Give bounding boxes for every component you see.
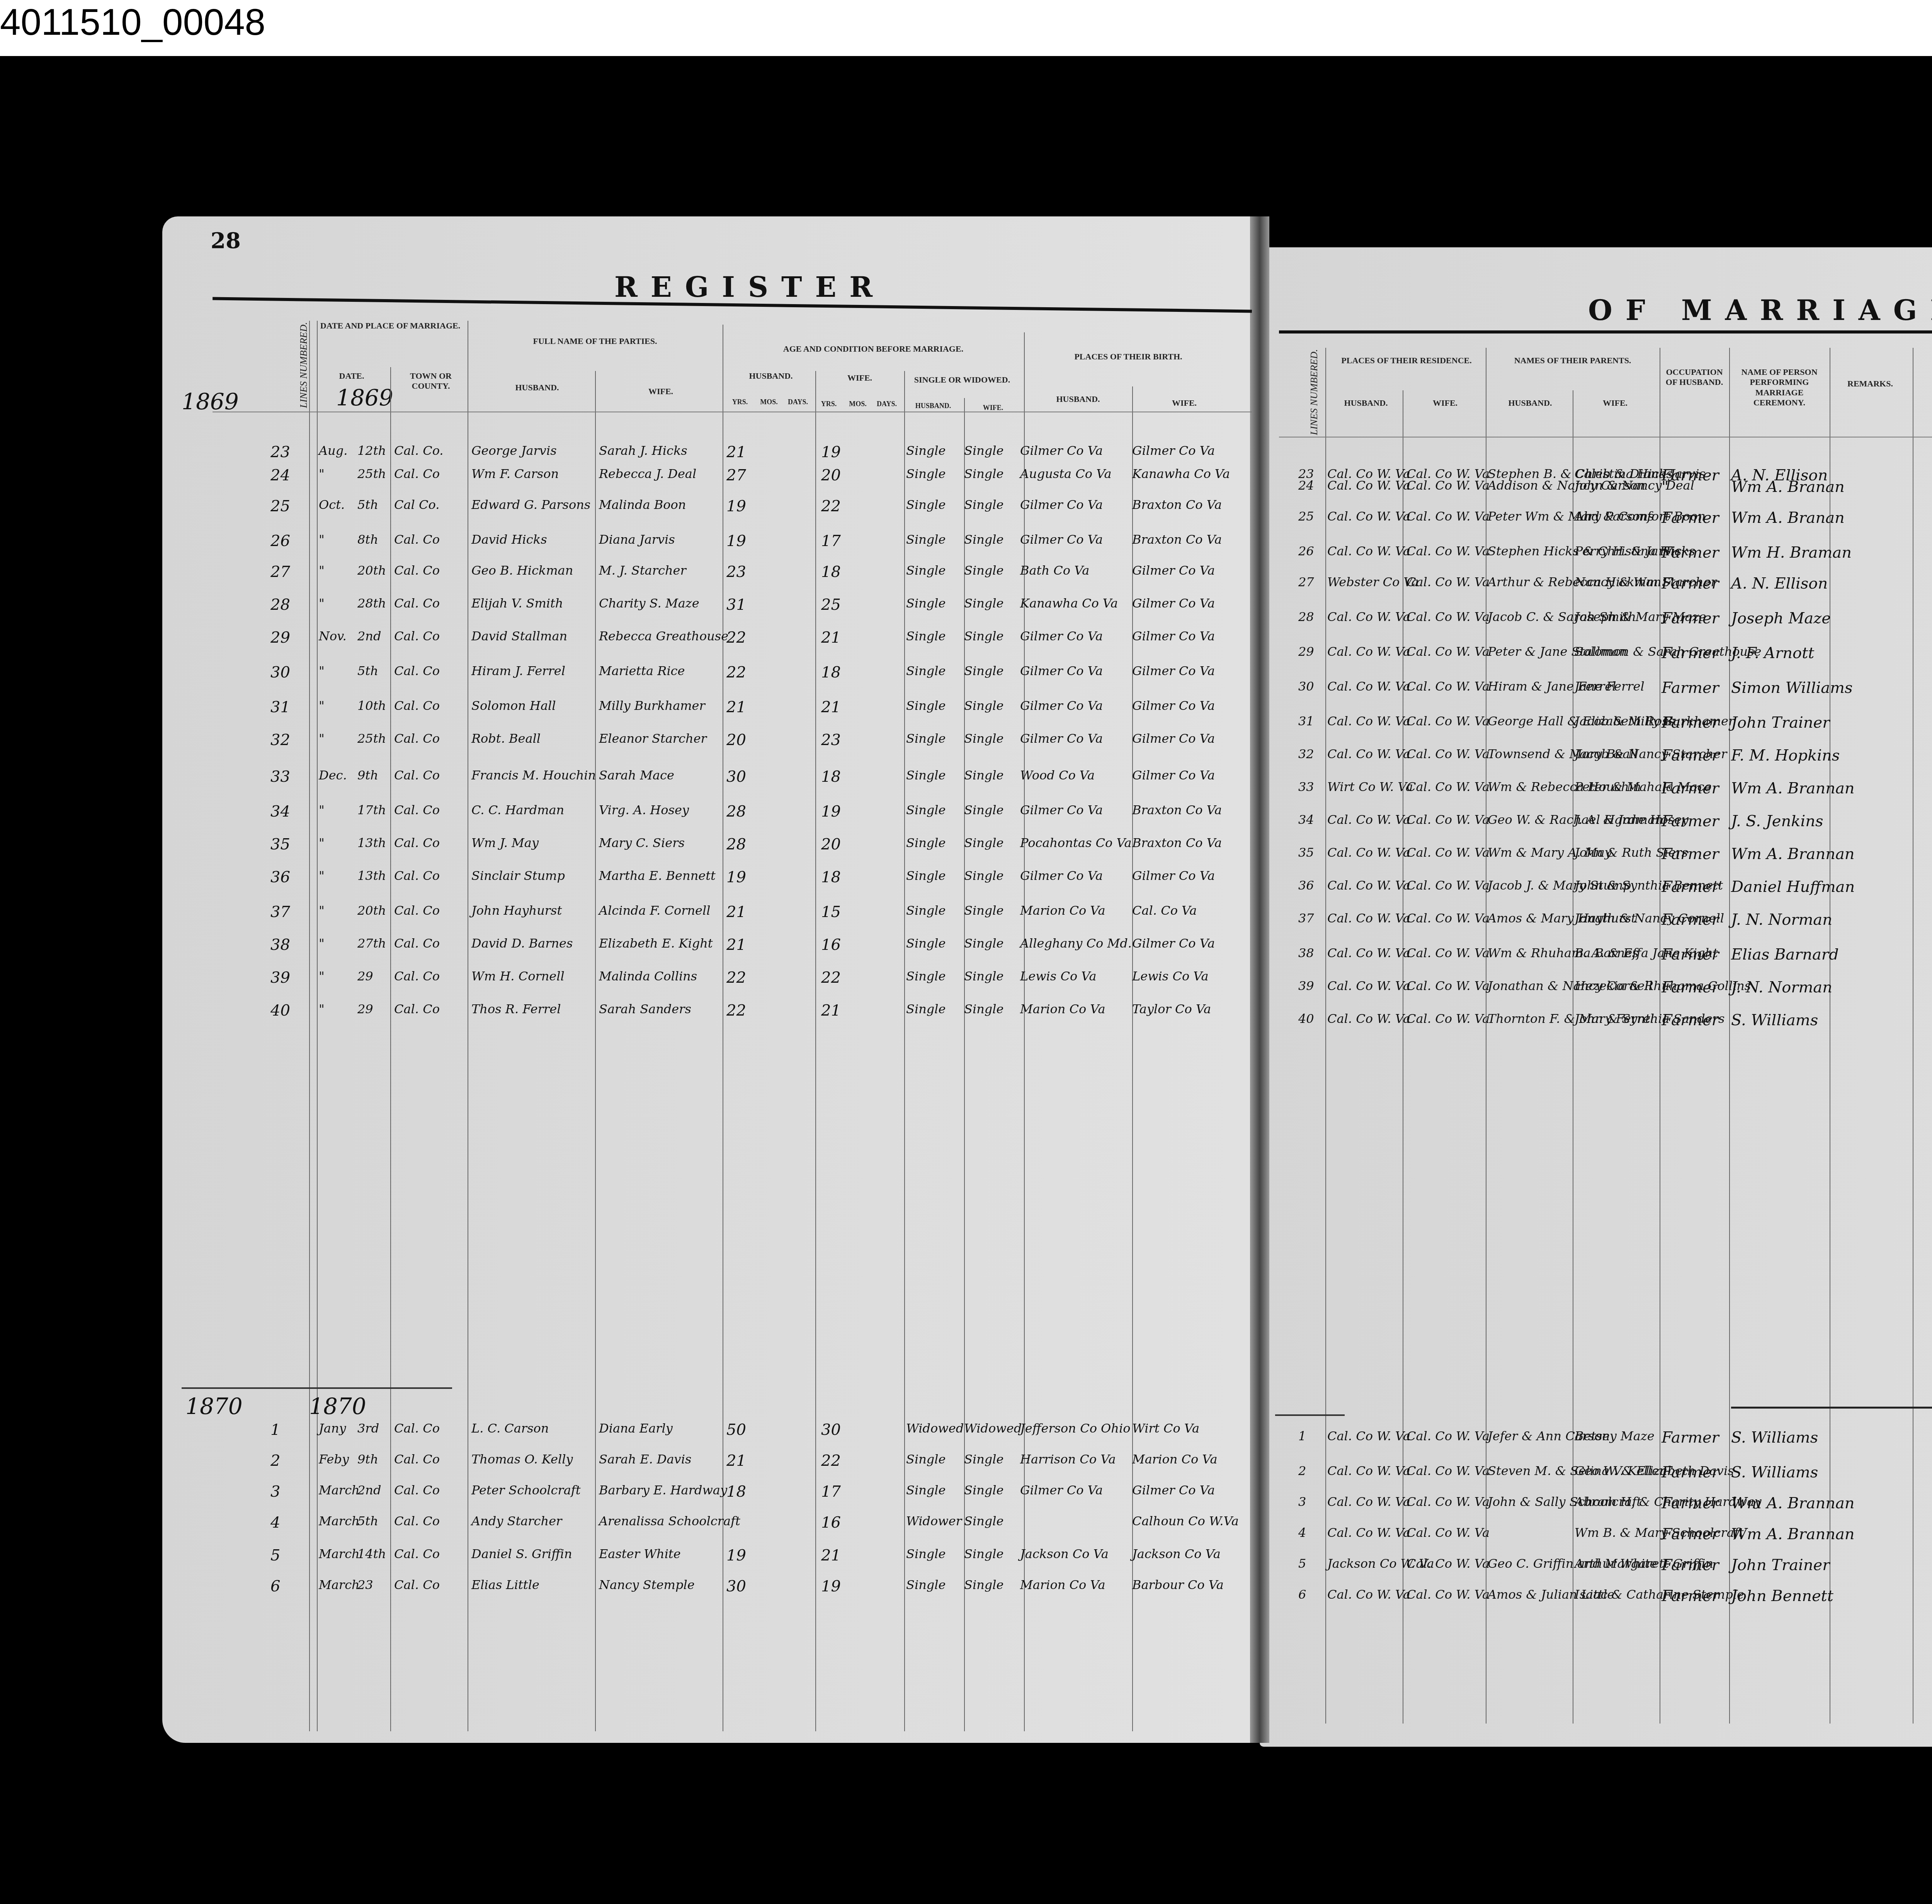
- register-right-occupation: Farmer: [1662, 715, 1719, 730]
- hdr-husband: HUSBAND.: [479, 383, 595, 393]
- register-husband: Wm H. Cornell: [471, 970, 565, 982]
- register-right-line: 26: [1298, 545, 1314, 557]
- register-wife: Elizabeth E. Kight: [599, 937, 713, 949]
- register-right-officiant: Wm A. Brannan: [1731, 781, 1855, 796]
- register-month: ": [319, 869, 325, 882]
- register-right-w-res: Cal. Co W. Va: [1406, 715, 1490, 727]
- register-right-officiant: Simon Williams: [1731, 680, 1853, 696]
- register-right-officiant: Wm A. Brannan: [1731, 846, 1855, 862]
- register-w-birth: Gilmer Co Va: [1132, 597, 1215, 609]
- register-right-w-res: Cal. Co W. Va: [1406, 1496, 1490, 1508]
- register-right-w-res: Cal. Co W. Va: [1406, 912, 1490, 924]
- register-day: 20th: [357, 904, 386, 917]
- register-right-h-res: Cal. Co W. Va: [1327, 479, 1410, 492]
- register-w-birth: Taylor Co Va: [1132, 1003, 1211, 1015]
- register-right-line: 30: [1298, 680, 1314, 693]
- register-w-cond: Single: [964, 1515, 1003, 1527]
- register-w-age: 16: [821, 1515, 841, 1530]
- register-h-age: 23: [726, 564, 746, 580]
- register-h-cond: Single: [906, 597, 946, 609]
- register-month: ": [319, 564, 325, 577]
- hdr-res-husband: HUSBAND.: [1329, 398, 1403, 408]
- register-month: March: [319, 1515, 360, 1527]
- register-month: ": [319, 732, 325, 745]
- register-w-birth: Gilmer Co Va: [1132, 732, 1215, 745]
- register-wife: Martha E. Bennett: [599, 869, 716, 882]
- register-right-occupation: Farmer: [1662, 1588, 1719, 1604]
- hdr-parents: NAMES OF THEIR PARENTS.: [1488, 356, 1658, 366]
- register-right-w-res: Cal. Co W. Va: [1406, 479, 1490, 492]
- register-h-cond: Single: [906, 665, 946, 677]
- register-line: 24: [270, 468, 290, 483]
- col-rule: [1132, 386, 1133, 1731]
- register-husband: David Hicks: [471, 533, 547, 546]
- register-county: Cal. Co.: [394, 444, 444, 457]
- register-h-cond: Single: [906, 1579, 946, 1591]
- col-rule: [390, 367, 391, 1731]
- register-wife: Malinda Collins: [599, 970, 697, 982]
- register-w-age: 19: [821, 804, 841, 819]
- register-w-cond: Single: [964, 904, 1003, 917]
- register-h-age: 30: [726, 1579, 746, 1594]
- register-day: 13th: [357, 869, 386, 882]
- register-w-cond: Single: [964, 468, 1003, 480]
- register-right-occupation: Farmer: [1662, 680, 1719, 696]
- register-wife: Sarah J. Hicks: [599, 444, 687, 457]
- register-h-cond: Single: [906, 630, 946, 642]
- margin-year-1870: 1870: [185, 1395, 243, 1417]
- register-w-birth: Kanawha Co Va: [1132, 468, 1230, 480]
- register-h-birth: Gilmer Co Va: [1020, 869, 1103, 882]
- register-day: 10th: [357, 699, 386, 712]
- register-h-cond: Single: [906, 468, 946, 480]
- register-w-cond: Single: [964, 769, 1003, 781]
- register-line: 25: [270, 499, 290, 514]
- register-right-line: 36: [1298, 879, 1314, 892]
- register-w-age: 21: [821, 1548, 841, 1563]
- register-right-occupation: Farmer: [1662, 1012, 1719, 1028]
- register-right-occupation: Farmer: [1662, 1465, 1719, 1480]
- register-w-birth: Barbour Co Va: [1132, 1579, 1224, 1591]
- register-county: Cal. Co: [394, 804, 440, 816]
- register-day: 29: [357, 1003, 373, 1015]
- register-right-h-res: Cal. Co W. Va: [1327, 912, 1410, 924]
- register-right-w-res: Cal. Co W. Va: [1406, 545, 1490, 557]
- register-w-age: 15: [821, 904, 841, 920]
- register-w-age: 30: [821, 1422, 841, 1438]
- register-right-h-res: Cal. Co W. Va: [1327, 1526, 1410, 1539]
- hdr-remarks: REMARKS.: [1832, 379, 1909, 389]
- hdr-date-year: 1869: [336, 386, 393, 409]
- register-right-officiant: S. Williams: [1731, 1465, 1818, 1480]
- register-county: Cal. Co: [394, 1003, 440, 1015]
- register-county: Cal. Co: [394, 1548, 440, 1560]
- register-w-age: 17: [821, 1484, 841, 1499]
- register-right-occupation: Farmer: [1662, 781, 1719, 796]
- register-right-officiant: J. F. Arnott: [1731, 645, 1814, 661]
- register-county: Cal. Co: [394, 1484, 440, 1496]
- register-line: 29: [270, 630, 290, 645]
- register-w-birth: Gilmer Co Va: [1132, 937, 1215, 949]
- register-right-h-res: Cal. Co W. Va: [1327, 645, 1410, 658]
- register-right-w-parents: Jane Ferrel: [1575, 680, 1645, 693]
- register-w-cond: Single: [964, 970, 1003, 982]
- register-h-age: 28: [726, 837, 746, 852]
- register-w-cond: Single: [964, 837, 1003, 849]
- hdr-age-condition: AGE AND CONDITION BEFORE MARRIAGE.: [726, 344, 1020, 354]
- register-husband: Robt. Beall: [471, 732, 541, 745]
- register-day: 27th: [357, 937, 386, 949]
- register-h-cond: Widower: [906, 1515, 962, 1527]
- register-line: 38: [270, 937, 290, 953]
- register-right-occupation: Farmer: [1662, 1496, 1719, 1511]
- register-h-cond: Single: [906, 732, 946, 745]
- register-right-line: 24: [1298, 479, 1314, 492]
- register-line: 6: [270, 1579, 280, 1594]
- register-right-line: 33: [1298, 781, 1314, 793]
- register-month: Nov.: [319, 630, 347, 642]
- register-wife: Barbary E. Hardway: [599, 1484, 727, 1496]
- register-h-cond: Single: [906, 444, 946, 457]
- hdr-residence: PLACES OF THEIR RESIDENCE.: [1329, 356, 1484, 366]
- register-right-occupation: Farmer: [1662, 1526, 1719, 1542]
- register-wife: Easter White: [599, 1548, 681, 1560]
- register-right-h-res: Cal. Co W. Va: [1327, 611, 1410, 623]
- register-w-age: 21: [821, 630, 841, 645]
- register-line: 2: [270, 1453, 280, 1468]
- register-h-birth: Gilmer Co Va: [1020, 444, 1103, 457]
- register-right-line: 27: [1298, 576, 1314, 588]
- register-wife: Milly Burkhamer: [599, 699, 705, 712]
- register-county: Cal. Co: [394, 970, 440, 982]
- hdr-full-name: FULL NAME OF THE PARTIES.: [475, 336, 715, 346]
- register-right-line: 39: [1298, 980, 1314, 992]
- register-w-cond: Single: [964, 1453, 1003, 1465]
- register-county: Cal. Co: [394, 1453, 440, 1465]
- register-right-w-res: Cal. Co W. Va: [1406, 947, 1490, 959]
- register-w-birth: Braxton Co Va: [1132, 837, 1222, 849]
- register-month: Oct.: [319, 499, 345, 511]
- col-rule: [1729, 348, 1730, 1724]
- register-h-age: 19: [726, 499, 746, 514]
- right-page-title: OF MARRIAGES.: [1588, 294, 1932, 327]
- register-right-h-res: Cal. Co W. Va: [1327, 510, 1410, 522]
- register-wife: Virg. A. Hosey: [599, 804, 689, 816]
- register-h-cond: Single: [906, 769, 946, 781]
- register-line: 39: [270, 970, 290, 985]
- register-county: Cal. Co: [394, 564, 440, 577]
- register-h-age: 28: [726, 804, 746, 819]
- register-w-cond: Single: [964, 499, 1003, 511]
- register-right-w-res: Cal. Co W. Va: [1406, 1588, 1490, 1601]
- register-month: ": [319, 468, 325, 480]
- register-month: Jany: [319, 1422, 346, 1434]
- register-right-line: 3: [1298, 1496, 1306, 1508]
- register-husband: Solomon Hall: [471, 699, 556, 712]
- year-divider-right: [1275, 1414, 1345, 1416]
- year-divider: [182, 1387, 452, 1389]
- hdr-par-wife: WIFE.: [1573, 398, 1658, 408]
- register-h-birth: Gilmer Co Va: [1020, 1484, 1103, 1496]
- book-gutter: [1250, 216, 1269, 1743]
- hdr-town-county: TOWN OR COUNTY.: [398, 371, 464, 391]
- register-right-w-res: Cal. Co W. Va: [1406, 1557, 1490, 1570]
- register-w-age: 20: [821, 468, 841, 483]
- register-w-cond: Single: [964, 533, 1003, 546]
- register-day: 5th: [357, 499, 378, 511]
- left-page-number: 28: [211, 228, 241, 254]
- register-right-line: 38: [1298, 947, 1314, 959]
- register-right-h-res: Cal. Co W. Va: [1327, 1012, 1410, 1025]
- hdr-days-h: Days.: [784, 398, 811, 407]
- register-husband: Geo B. Hickman: [471, 564, 573, 577]
- register-month: March: [319, 1548, 360, 1560]
- col-rule: [904, 371, 905, 1731]
- hdr-birth-wife: WIFE.: [1136, 398, 1233, 408]
- register-line: 34: [270, 804, 290, 819]
- register-right-officiant: S. Williams: [1731, 1430, 1818, 1445]
- register-right-line: 37: [1298, 912, 1314, 924]
- register-h-age: 19: [726, 869, 746, 885]
- register-w-birth: Lewis Co Va: [1132, 970, 1209, 982]
- register-line: 5: [270, 1548, 280, 1563]
- register-h-cond: Single: [906, 499, 946, 511]
- year-divider-right-2: [1731, 1407, 1932, 1409]
- register-right-w-res: Cal. Co W. Va: [1406, 645, 1490, 658]
- register-wife: Sarah E. Davis: [599, 1453, 691, 1465]
- register-h-age: 50: [726, 1422, 746, 1438]
- register-husband: Wm J. May: [471, 837, 539, 849]
- register-right-officiant: J. N. Norman: [1731, 980, 1832, 995]
- register-county: Cal. Co: [394, 597, 440, 609]
- register-h-birth: Gilmer Co Va: [1020, 499, 1103, 511]
- register-right-officiant: A. N. Ellison: [1731, 576, 1828, 591]
- register-day: 8th: [357, 533, 378, 546]
- register-w-age: 25: [821, 597, 841, 613]
- register-right-h-res: Cal. Co W. Va: [1327, 1588, 1410, 1601]
- hdr-date-place: DATE AND PLACE OF MARRIAGE.: [317, 321, 464, 331]
- hdr-date: DATE.: [321, 371, 383, 381]
- register-day: 9th: [357, 769, 378, 781]
- register-right-h-res: Cal. Co W. Va: [1327, 813, 1410, 826]
- register-h-age: 22: [726, 665, 746, 680]
- register-right-w-parents: John & Nancy Deal: [1575, 479, 1694, 492]
- register-month: ": [319, 1003, 325, 1015]
- register-w-age: 22: [821, 1453, 841, 1468]
- register-h-cond: Single: [906, 970, 946, 982]
- register-right-h-res: Cal. Co W. Va: [1327, 545, 1410, 557]
- register-h-cond: Widowed: [906, 1422, 964, 1434]
- register-right-officiant: Elias Barnard: [1731, 947, 1839, 962]
- register-w-age: 18: [821, 869, 841, 885]
- hdr-r-line-numbered: Lines Numbered.: [1308, 348, 1320, 437]
- register-w-birth: Gilmer Co Va: [1132, 1484, 1215, 1496]
- register-husband: David Stallman: [471, 630, 567, 642]
- register-line: 35: [270, 837, 290, 852]
- register-h-birth: Jackson Co Va: [1020, 1548, 1109, 1560]
- register-month: ": [319, 804, 325, 816]
- register-h-birth: Gilmer Co Va: [1020, 533, 1103, 546]
- register-right-officiant: John Trainer: [1731, 1557, 1830, 1573]
- register-right-officiant: Daniel Huffman: [1731, 879, 1855, 895]
- register-h-birth: Kanawha Co Va: [1020, 597, 1118, 609]
- register-right-officiant: S. Williams: [1731, 1012, 1818, 1028]
- register-h-birth: Bath Co Va: [1020, 564, 1089, 577]
- register-husband: Peter Schoolcraft: [471, 1484, 581, 1496]
- register-right-occupation: ": [1662, 479, 1668, 495]
- register-h-cond: Single: [906, 1484, 946, 1496]
- register-h-birth: Wood Co Va: [1020, 769, 1095, 781]
- register-w-age: 18: [821, 665, 841, 680]
- hdr-single-widowed: SINGLE or WIDOWED.: [904, 375, 1020, 385]
- register-h-age: 19: [726, 533, 746, 549]
- register-w-age: 22: [821, 499, 841, 514]
- register-right-h-res: Cal. Co W. Va: [1327, 1430, 1410, 1442]
- register-h-birth: Alleghany Co Md.: [1020, 937, 1132, 949]
- register-right-officiant: F. M. Hopkins: [1731, 748, 1840, 763]
- hdr-birth-husband: HUSBAND.: [1028, 394, 1128, 404]
- hdr-yrs-h: Yrs.: [726, 398, 753, 407]
- register-right-w-res: Cal. Co W. Va: [1406, 510, 1490, 522]
- col-rule: [468, 321, 468, 1731]
- register-line: 27: [270, 564, 290, 580]
- register-county: Cal. Co: [394, 1422, 440, 1434]
- register-husband: Thomas O. Kelly: [471, 1453, 573, 1465]
- register-husband: David D. Barnes: [471, 937, 573, 949]
- register-line: 30: [270, 665, 290, 680]
- register-right-line: 31: [1298, 715, 1314, 727]
- register-right-occupation: Farmer: [1662, 510, 1719, 526]
- register-right-line: 34: [1298, 813, 1314, 826]
- register-day: 25th: [357, 468, 386, 480]
- register-w-birth: Calhoun Co W.Va: [1132, 1515, 1239, 1527]
- register-day: 20th: [357, 564, 386, 577]
- register-w-age: 20: [821, 837, 841, 852]
- register-right-officiant: Wm A. Branan: [1731, 510, 1845, 526]
- register-line: 1: [270, 1422, 280, 1438]
- register-husband: George Jarvis: [471, 444, 557, 457]
- hdr-par-husband: HUSBAND.: [1488, 398, 1573, 408]
- register-w-cond: Single: [964, 665, 1003, 677]
- register-w-age: 17: [821, 533, 841, 549]
- register-h-cond: Single: [906, 533, 946, 546]
- register-h-age: 21: [726, 904, 746, 920]
- register-w-birth: Gilmer Co Va: [1132, 564, 1215, 577]
- col-rule: [815, 371, 816, 1731]
- register-w-birth: Gilmer Co Va: [1132, 444, 1215, 457]
- register-wife: Rebecca Greathouse: [599, 630, 728, 642]
- register-right-line: 35: [1298, 846, 1314, 859]
- register-husband: Wm F. Carson: [471, 468, 559, 480]
- hdr-age-husband: HUSBAND.: [726, 371, 815, 381]
- register-right-occupation: Farmer: [1662, 912, 1719, 927]
- register-right-h-res: Cal. Co W. Va: [1327, 715, 1410, 727]
- register-w-age: 19: [821, 444, 841, 460]
- register-h-cond: Single: [906, 937, 946, 949]
- register-day: 9th: [357, 1453, 378, 1465]
- register-h-cond: Single: [906, 837, 946, 849]
- col-rule: [317, 321, 318, 1731]
- register-w-birth: Gilmer Co Va: [1132, 630, 1215, 642]
- register-right-occupation: Farmer: [1662, 879, 1719, 895]
- register-w-age: 16: [821, 937, 841, 953]
- register-wife: Mary C. Siers: [599, 837, 685, 849]
- register-right-line: 40: [1298, 1012, 1314, 1025]
- hdr-sw-husband: Husband.: [904, 402, 962, 410]
- image-id-label: 4011510_00048: [0, 4, 265, 41]
- register-h-age: 22: [726, 970, 746, 985]
- hdr-occupation: OCCUPATION OF HUSBAND.: [1662, 367, 1727, 388]
- register-h-age: 20: [726, 732, 746, 748]
- register-w-age: 22: [821, 970, 841, 985]
- register-right-w-res: Cal. Co W. Va: [1406, 1465, 1490, 1477]
- hdr-yrs-w: Yrs.: [815, 400, 842, 408]
- register-right-w-res: Cal. Co W. Va: [1406, 680, 1490, 693]
- left-page-title: REGISTER: [614, 271, 886, 303]
- register-month: March: [319, 1484, 360, 1496]
- register-h-birth: Lewis Co Va: [1020, 970, 1097, 982]
- register-h-cond: Single: [906, 1003, 946, 1015]
- register-husband: Daniel S. Griffin: [471, 1548, 572, 1560]
- hdr-mos-w: Mos.: [844, 400, 871, 408]
- register-w-age: 21: [821, 1003, 841, 1018]
- hdr-officiant: NAME OF PERSON PERFORMING MARRIAGE CEREM…: [1731, 367, 1828, 408]
- register-w-cond: Single: [964, 1579, 1003, 1591]
- register-right-h-res: Cal. Co W. Va: [1327, 680, 1410, 693]
- register-right-occupation: Farmer: [1662, 980, 1719, 995]
- register-day: 25th: [357, 732, 386, 745]
- register-right-w-parents: Arthur White: [1575, 1557, 1657, 1570]
- register-wife: Alcinda F. Cornell: [599, 904, 710, 917]
- register-day: 14th: [357, 1548, 386, 1560]
- register-h-age: 27: [726, 468, 746, 483]
- register-husband: John Hayhurst: [471, 904, 562, 917]
- hdr-line-numbered: Lines Numbered.: [298, 321, 309, 410]
- register-h-birth: Marion Co Va: [1020, 1003, 1105, 1015]
- register-month: ": [319, 837, 325, 849]
- register-right-w-res: Cal. Co W. Va: [1406, 1526, 1490, 1539]
- register-county: Cal Co.: [394, 499, 439, 511]
- register-line: 36: [270, 869, 290, 885]
- register-right-occupation: Farmer: [1662, 1557, 1719, 1573]
- register-day: 5th: [357, 1515, 378, 1527]
- register-line: 32: [270, 732, 290, 748]
- register-h-birth: Pocahontas Co Va: [1020, 837, 1132, 849]
- register-right-line: 2: [1298, 1465, 1306, 1477]
- register-line: 26: [270, 533, 290, 549]
- register-right-occupation: Farmer: [1662, 611, 1719, 626]
- register-right-w-res: Cal. Co W. Va: [1406, 879, 1490, 892]
- register-w-birth: Wirt Co Va: [1132, 1422, 1199, 1434]
- register-h-age: 31: [726, 597, 746, 613]
- register-month: Feby: [319, 1453, 349, 1465]
- register-w-age: 18: [821, 769, 841, 784]
- hdr-sw-wife: Wife.: [964, 404, 1022, 412]
- register-right-w-res: Cal. Co W. Va: [1406, 813, 1490, 826]
- register-w-birth: Braxton Co Va: [1132, 499, 1222, 511]
- register-husband: Elias Little: [471, 1579, 539, 1591]
- col-rule: [1913, 348, 1913, 1724]
- register-w-age: 23: [821, 732, 841, 748]
- hdr-res-wife: WIFE.: [1406, 398, 1484, 408]
- register-county: Cal. Co: [394, 665, 440, 677]
- register-h-age: 18: [726, 1484, 746, 1499]
- margin-year-1869: 1869: [182, 390, 239, 413]
- register-w-cond: Single: [964, 869, 1003, 882]
- register-right-line: 28: [1298, 611, 1314, 623]
- register-county: Cal. Co: [394, 699, 440, 712]
- register-w-birth: Gilmer Co Va: [1132, 665, 1215, 677]
